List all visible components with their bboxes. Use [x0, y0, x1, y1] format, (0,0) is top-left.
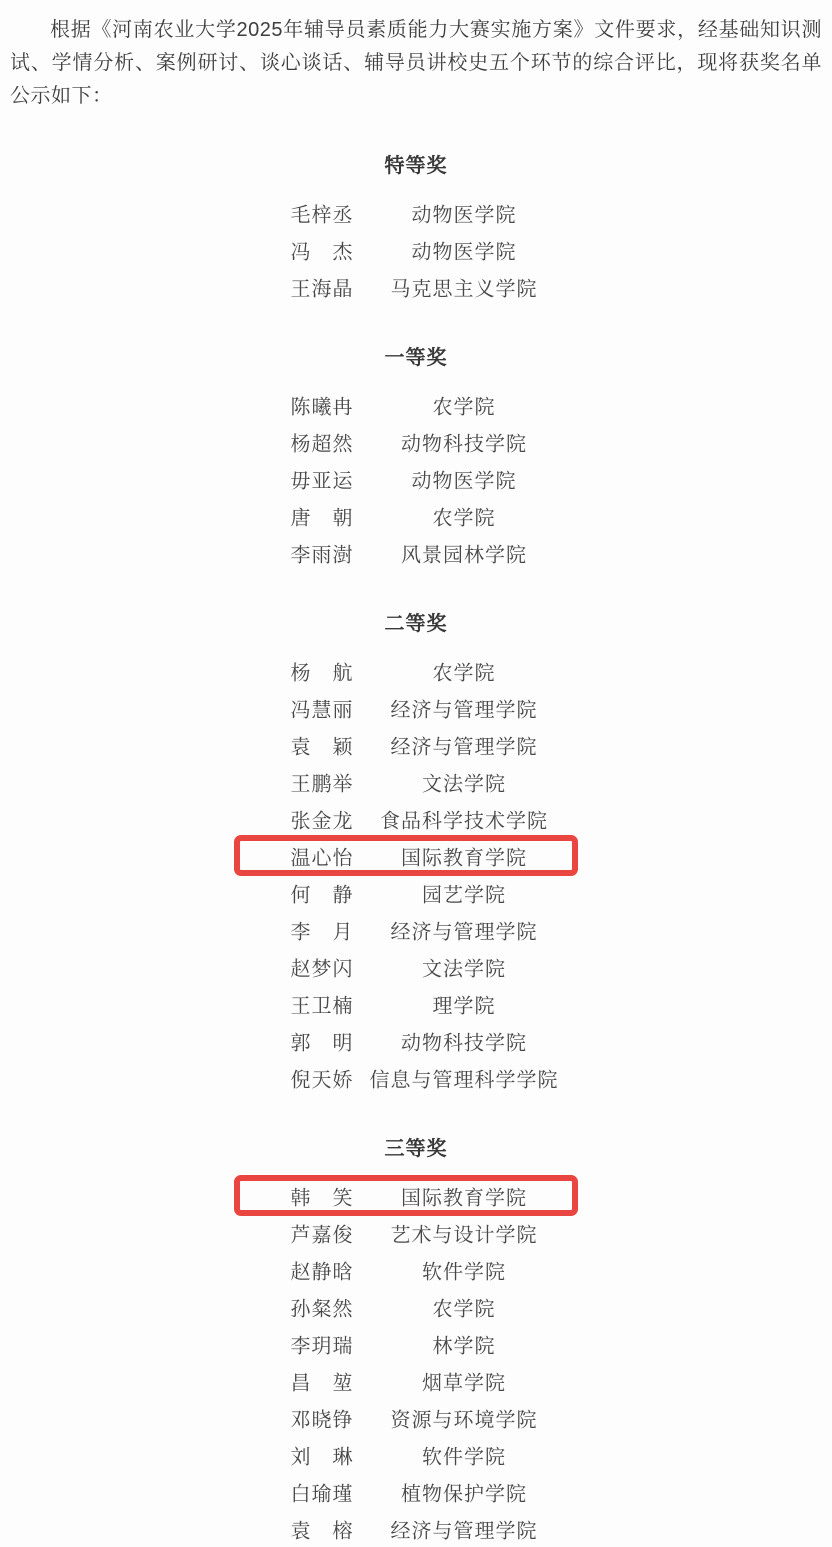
winner-name: 冯 杰 [291, 235, 354, 264]
winner-name: 韩 笑 [291, 1181, 354, 1210]
winner-name: 杨超然 [291, 427, 354, 456]
award-row: 唐 朝 农学院 [0, 497, 832, 534]
award-row: 冯 杰 动物医学院 [0, 231, 832, 268]
winner-college: 烟草学院 [422, 1366, 506, 1395]
award-row: 白瑜瑾 植物保护学院 [0, 1473, 832, 1510]
award-row: 毋亚运 动物医学院 [0, 460, 832, 497]
section-title-first-prize: 一等奖 [0, 341, 832, 370]
winner-name: 李雨澍 [291, 538, 354, 567]
section-title-third-prize: 三等奖 [0, 1132, 832, 1161]
winner-name: 袁 榕 [291, 1514, 354, 1543]
section-special-prize: 特等奖 毛梓丞 动物医学院 冯 杰 动物医学院 王海晶 马克思主义学院 [0, 149, 832, 305]
award-row: 李 月 经济与管理学院 [0, 911, 832, 948]
award-row-highlighted: 温心怡 国际教育学院 [0, 837, 832, 874]
award-row: 王鹏举 文法学院 [0, 763, 832, 800]
winner-college: 国际教育学院 [401, 841, 527, 870]
section-title-second-prize: 二等奖 [0, 607, 832, 636]
winner-name: 赵梦闪 [291, 952, 354, 981]
award-row: 邓晓铮 资源与环境学院 [0, 1399, 832, 1436]
award-row: 袁 颖 经济与管理学院 [0, 726, 832, 763]
winner-name: 温心怡 [291, 841, 354, 870]
winner-name: 李 月 [291, 915, 354, 944]
winner-college: 农学院 [433, 656, 496, 685]
intro-paragraph: 根据《河南农业大学2025年辅导员素质能力大赛实施方案》文件要求，经基础知识测试… [10, 14, 822, 113]
winner-college: 林学院 [433, 1329, 496, 1358]
winner-name: 芦嘉俊 [291, 1218, 354, 1247]
winner-college: 动物医学院 [412, 464, 517, 493]
winner-name: 郭 明 [291, 1026, 354, 1055]
winner-college: 经济与管理学院 [391, 730, 538, 759]
section-title-special-prize: 特等奖 [0, 149, 832, 178]
winner-name: 杨 航 [291, 656, 354, 685]
winner-college: 理学院 [433, 989, 496, 1018]
award-row: 张金龙 食品科学技术学院 [0, 800, 832, 837]
winner-college: 信息与管理科学学院 [370, 1063, 559, 1092]
award-row: 刘 琳 软件学院 [0, 1436, 832, 1473]
award-row: 李玥瑞 林学院 [0, 1325, 832, 1362]
winner-name: 袁 颖 [291, 730, 354, 759]
winner-name: 陈曦冉 [291, 390, 354, 419]
award-row: 赵静晗 软件学院 [0, 1251, 832, 1288]
winner-college: 文法学院 [422, 767, 506, 796]
announcement-document: 根据《河南农业大学2025年辅导员素质能力大赛实施方案》文件要求，经基础知识测试… [0, 0, 832, 1547]
award-row: 袁 榕 经济与管理学院 [0, 1510, 832, 1547]
winner-name: 李玥瑞 [291, 1329, 354, 1358]
award-row: 昌 堃 烟草学院 [0, 1362, 832, 1399]
award-row: 李雨澍 风景园林学院 [0, 534, 832, 571]
section-third-prize: 三等奖 韩 笑 国际教育学院 芦嘉俊 艺术与设计学院 赵静晗 软件学院 孙粲然 … [0, 1132, 832, 1547]
winner-name: 冯慧丽 [291, 693, 354, 722]
winner-college: 软件学院 [422, 1440, 506, 1469]
winner-college: 经济与管理学院 [391, 693, 538, 722]
winner-name: 张金龙 [291, 804, 354, 833]
award-row: 王卫楠 理学院 [0, 985, 832, 1022]
winner-name: 唐 朝 [291, 501, 354, 530]
winner-college: 动物科技学院 [401, 1026, 527, 1055]
winner-college: 文法学院 [422, 952, 506, 981]
winner-college: 园艺学院 [422, 878, 506, 907]
award-row: 陈曦冉 农学院 [0, 386, 832, 423]
winner-college: 植物保护学院 [401, 1477, 527, 1506]
winner-college: 动物医学院 [412, 198, 517, 227]
winner-name: 王鹏举 [291, 767, 354, 796]
winner-college: 国际教育学院 [401, 1181, 527, 1210]
winner-name: 倪天娇 [291, 1063, 354, 1092]
winner-name: 邓晓铮 [291, 1403, 354, 1432]
award-row-highlighted: 韩 笑 国际教育学院 [0, 1177, 832, 1214]
winner-name: 王卫楠 [291, 989, 354, 1018]
award-row: 毛梓丞 动物医学院 [0, 194, 832, 231]
winner-college: 风景园林学院 [401, 538, 527, 567]
winner-college: 农学院 [433, 1292, 496, 1321]
award-row: 郭 明 动物科技学院 [0, 1022, 832, 1059]
winner-college: 动物医学院 [412, 235, 517, 264]
award-row: 芦嘉俊 艺术与设计学院 [0, 1214, 832, 1251]
winner-name: 毛梓丞 [291, 198, 354, 227]
winner-name: 王海晶 [291, 272, 354, 301]
winner-name: 刘 琳 [291, 1440, 354, 1469]
section-first-prize: 一等奖 陈曦冉 农学院 杨超然 动物科技学院 毋亚运 动物医学院 唐 朝 农学院… [0, 341, 832, 571]
award-row: 杨 航 农学院 [0, 652, 832, 689]
winner-name: 何 静 [291, 878, 354, 907]
winner-name: 赵静晗 [291, 1255, 354, 1284]
winner-college: 艺术与设计学院 [391, 1218, 538, 1247]
winner-name: 白瑜瑾 [291, 1477, 354, 1506]
winner-college: 农学院 [433, 390, 496, 419]
winner-college: 马克思主义学院 [391, 272, 538, 301]
winner-college: 农学院 [433, 501, 496, 530]
section-second-prize: 二等奖 杨 航 农学院 冯慧丽 经济与管理学院 袁 颖 经济与管理学院 王鹏举 … [0, 607, 832, 1096]
award-row: 孙粲然 农学院 [0, 1288, 832, 1325]
winner-college: 经济与管理学院 [391, 1514, 538, 1543]
winner-name: 昌 堃 [291, 1366, 354, 1395]
winner-name: 孙粲然 [291, 1292, 354, 1321]
winner-college: 软件学院 [422, 1255, 506, 1284]
award-row: 王海晶 马克思主义学院 [0, 268, 832, 305]
award-row: 赵梦闪 文法学院 [0, 948, 832, 985]
winner-college: 资源与环境学院 [391, 1403, 538, 1432]
winner-name: 毋亚运 [291, 464, 354, 493]
winner-college: 食品科学技术学院 [380, 804, 548, 833]
award-row: 冯慧丽 经济与管理学院 [0, 689, 832, 726]
award-row: 倪天娇 信息与管理科学学院 [0, 1059, 832, 1096]
award-row: 何 静 园艺学院 [0, 874, 832, 911]
winner-college: 经济与管理学院 [391, 915, 538, 944]
winner-college: 动物科技学院 [401, 427, 527, 456]
award-row: 杨超然 动物科技学院 [0, 423, 832, 460]
